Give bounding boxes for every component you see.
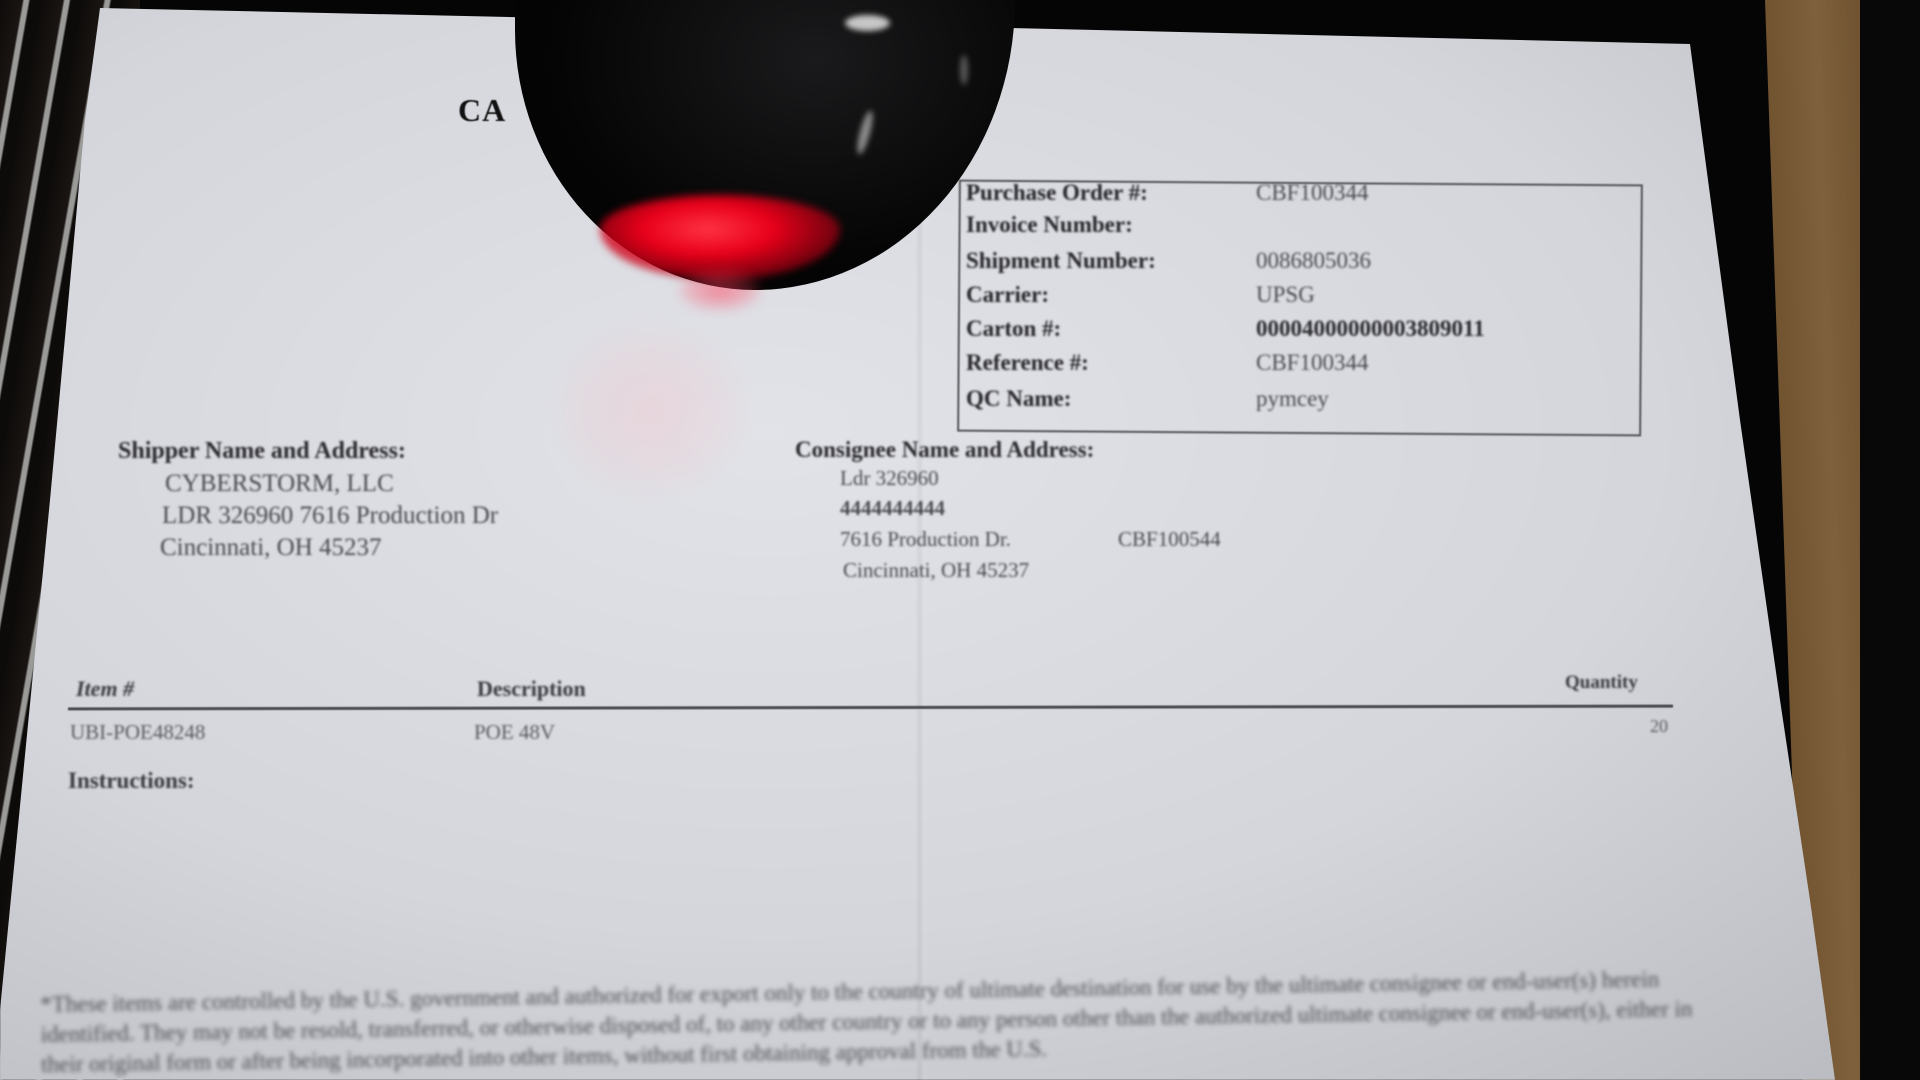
consignee-reference: CBF100544	[1118, 527, 1221, 552]
item-number-cell: UBI-POE48248	[70, 720, 205, 745]
info-value: 0086805036	[1256, 248, 1371, 274]
info-value: CBF100344	[1256, 180, 1368, 206]
info-row: Invoice Number:	[966, 212, 1133, 238]
scanner-highlight	[960, 55, 968, 85]
info-row: Carrier:UPSG	[966, 282, 1049, 308]
column-header-description: Description	[477, 676, 586, 702]
info-row: Shipment Number:0086805036	[966, 248, 1156, 274]
shipper-city: Cincinnati, OH 45237	[160, 534, 382, 562]
shipper-street: LDR 326960 7616 Production Dr	[162, 502, 498, 530]
dark-background	[1860, 0, 1920, 1080]
info-value: CBF100344	[1256, 350, 1368, 376]
info-label: Shipment Number:	[966, 248, 1156, 273]
instructions-label: Instructions:	[68, 768, 195, 794]
info-label: Carrier:	[966, 282, 1049, 307]
shipper-name: CYBERSTORM, LLC	[165, 470, 394, 498]
info-value: UPSG	[1256, 282, 1315, 308]
info-label: Carton #:	[966, 316, 1061, 341]
laser-reflection	[560, 330, 740, 490]
item-quantity-cell: 20	[1650, 716, 1668, 737]
item-description-cell: POE 48V	[474, 720, 555, 745]
consignee-heading: Consignee Name and Address:	[795, 437, 1094, 463]
info-row: Reference #:CBF100344	[966, 350, 1089, 376]
consignee-line-1: Ldr 326960	[840, 466, 939, 491]
column-header-quantity: Quantity	[1565, 672, 1638, 694]
document-title: CA	[458, 92, 506, 129]
info-label: Reference #:	[966, 350, 1089, 375]
scanner-highlight	[854, 109, 875, 155]
info-row: Carton #:00004000000003809011	[966, 316, 1061, 342]
info-label: QC Name:	[966, 386, 1071, 411]
info-value: pymcey	[1256, 386, 1329, 412]
info-label: Invoice Number:	[966, 212, 1133, 237]
column-header-item: Item #	[76, 676, 134, 702]
info-row: QC Name:pymcey	[966, 386, 1071, 412]
consignee-phone: 4444444444	[840, 496, 945, 521]
shipper-heading: Shipper Name and Address:	[118, 438, 406, 465]
consignee-city: Cincinnati, OH 45237	[843, 558, 1029, 583]
consignee-street: 7616 Production Dr.	[840, 527, 1011, 552]
scanner-highlight	[845, 15, 890, 31]
laser-glow	[680, 270, 760, 310]
info-value: 00004000000003809011	[1256, 316, 1485, 342]
info-label: Purchase Order #:	[966, 180, 1148, 205]
info-row: Purchase Order #:CBF100344	[966, 180, 1148, 206]
